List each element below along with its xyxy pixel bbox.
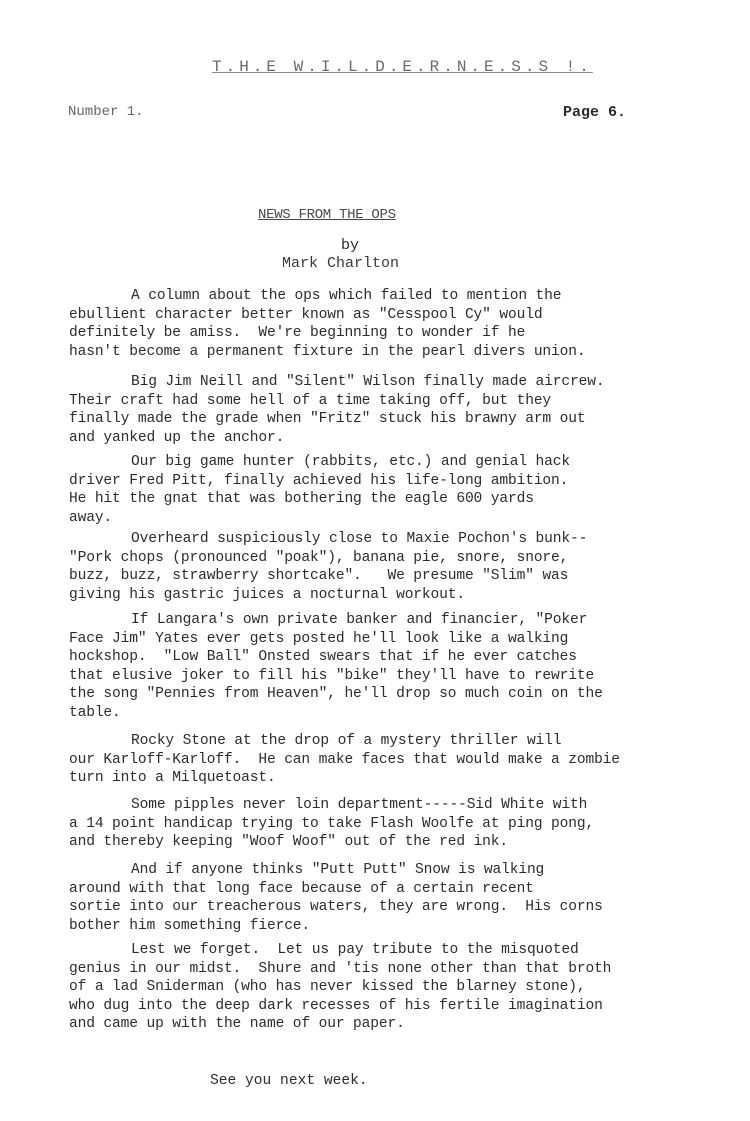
paragraph-line: table. bbox=[69, 704, 749, 723]
paragraph-line: Overheard suspiciously close to Maxie Po… bbox=[69, 530, 749, 549]
paragraph-line: of a lad Sniderman (who has never kissed… bbox=[69, 978, 749, 997]
article-signoff: See you next week. bbox=[210, 1073, 368, 1089]
paragraph-line: Our big game hunter (rabbits, etc.) and … bbox=[69, 453, 749, 472]
paragraph-line: that elusive joker to fill his "bike" th… bbox=[69, 667, 749, 686]
paragraph-line: If Langara's own private banker and fina… bbox=[69, 611, 749, 630]
paragraph-line: A column about the ops which failed to m… bbox=[69, 287, 749, 306]
paragraph-line: the song "Pennies from Heaven", he'll dr… bbox=[69, 685, 749, 704]
paragraph-line: sortie into our treacherous waters, they… bbox=[69, 898, 749, 917]
article-paragraph: A column about the ops which failed to m… bbox=[69, 287, 749, 361]
byline-prefix: by bbox=[341, 237, 359, 254]
issue-number: Number 1. bbox=[68, 104, 144, 120]
paragraph-line: Rocky Stone at the drop of a mystery thr… bbox=[69, 732, 749, 751]
paragraph-line: finally made the grade when "Fritz" stuc… bbox=[69, 410, 749, 429]
paragraph-line: our Karloff-Karloff. He can make faces t… bbox=[69, 751, 749, 770]
typewritten-page: T.H.E W.I.L.D.E.R.N.E.S.S !. Number 1. P… bbox=[0, 0, 750, 1121]
paragraph-line: away. bbox=[69, 509, 749, 528]
byline-author: Mark Charlton bbox=[282, 255, 399, 272]
paragraph-line: genius in our midst. Shure and 'tis none… bbox=[69, 960, 749, 979]
paragraph-line: and yanked up the anchor. bbox=[69, 429, 749, 448]
article-paragraph: Our big game hunter (rabbits, etc.) and … bbox=[69, 453, 749, 527]
article-paragraph: If Langara's own private banker and fina… bbox=[69, 611, 749, 723]
paragraph-line: Lest we forget. Let us pay tribute to th… bbox=[69, 941, 749, 960]
article-paragraph: Overheard suspiciously close to Maxie Po… bbox=[69, 530, 749, 604]
paragraph-line: and thereby keeping "Woof Woof" out of t… bbox=[69, 833, 749, 852]
paragraph-line: Face Jim" Yates ever gets posted he'll l… bbox=[69, 630, 749, 649]
page-number: Page 6. bbox=[563, 104, 626, 121]
paragraph-line: definitely be amiss. We're beginning to … bbox=[69, 324, 749, 343]
newsletter-masthead: T.H.E W.I.L.D.E.R.N.E.S.S !. bbox=[212, 58, 593, 76]
article-paragraph: Some pipples never loin department-----S… bbox=[69, 796, 749, 852]
paragraph-line: turn into a Milquetoast. bbox=[69, 769, 749, 788]
paragraph-line: "Pork chops (pronounced "poak"), banana … bbox=[69, 549, 749, 568]
paragraph-line: Big Jim Neill and "Silent" Wilson finall… bbox=[69, 373, 749, 392]
paragraph-line: Their craft had some hell of a time taki… bbox=[69, 392, 749, 411]
article-paragraph: Rocky Stone at the drop of a mystery thr… bbox=[69, 732, 749, 788]
article-paragraph: Lest we forget. Let us pay tribute to th… bbox=[69, 941, 749, 1034]
paragraph-line: hockshop. "Low Ball" Onsted swears that … bbox=[69, 648, 749, 667]
paragraph-line: Some pipples never loin department-----S… bbox=[69, 796, 749, 815]
paragraph-line: ebullient character better known as "Ces… bbox=[69, 306, 749, 325]
article-paragraph: Big Jim Neill and "Silent" Wilson finall… bbox=[69, 373, 749, 447]
article-paragraph: And if anyone thinks "Putt Putt" Snow is… bbox=[69, 861, 749, 935]
paragraph-line: driver Fred Pitt, finally achieved his l… bbox=[69, 472, 749, 491]
paragraph-line: who dug into the deep dark recesses of h… bbox=[69, 997, 749, 1016]
paragraph-line: giving his gastric juices a nocturnal wo… bbox=[69, 586, 749, 605]
paragraph-line: And if anyone thinks "Putt Putt" Snow is… bbox=[69, 861, 749, 880]
paragraph-line: hasn't become a permanent fixture in the… bbox=[69, 343, 749, 362]
paragraph-line: around with that long face because of a … bbox=[69, 880, 749, 899]
paragraph-line: buzz, buzz, strawberry shortcake". We pr… bbox=[69, 567, 749, 586]
article-title: NEWS FROM THE OPS bbox=[258, 207, 396, 223]
paragraph-line: He hit the gnat that was bothering the e… bbox=[69, 490, 749, 509]
paragraph-line: a 14 point handicap trying to take Flash… bbox=[69, 815, 749, 834]
paragraph-line: bother him something fierce. bbox=[69, 917, 749, 936]
paragraph-line: and came up with the name of our paper. bbox=[69, 1015, 749, 1034]
